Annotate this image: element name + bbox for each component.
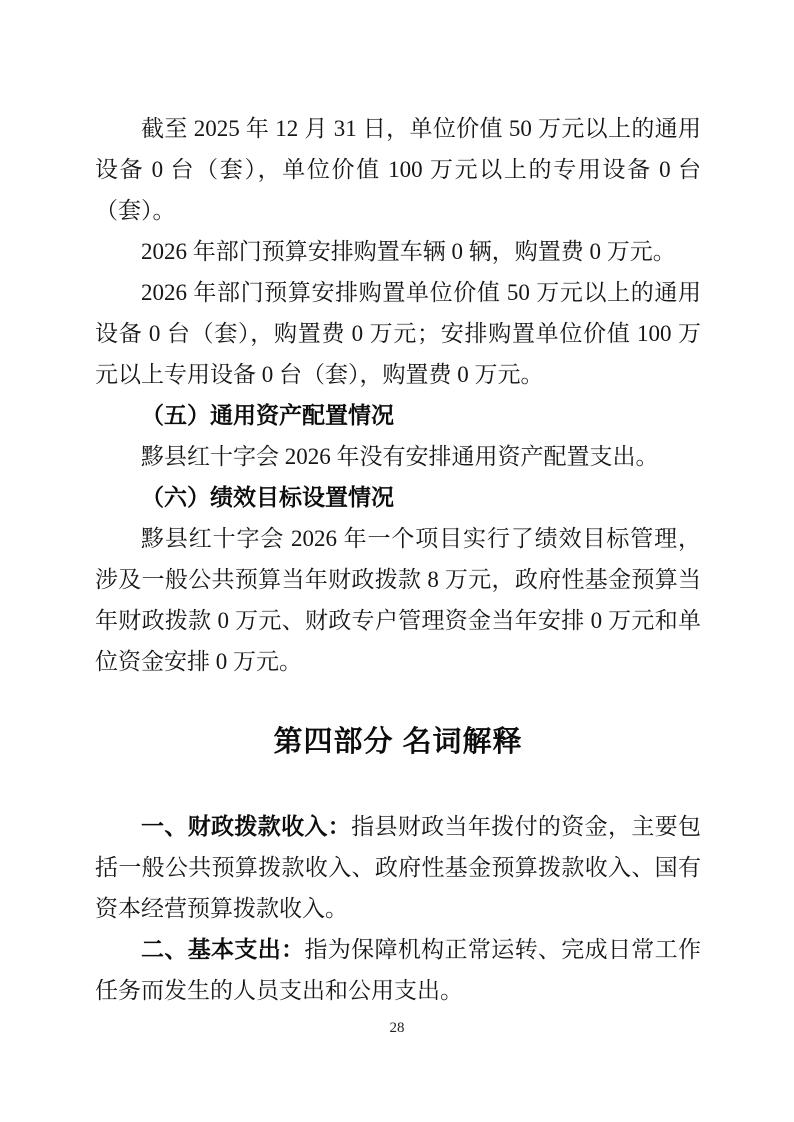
- term-lead-2: 二、基本支出：: [141, 936, 304, 962]
- part4-title: 第四部分 名词解释: [95, 720, 701, 764]
- term-basic-expenditure: 二、基本支出：指为保障机构正常运转、完成日常工作任务而发生的人员支出和公用支出。: [95, 929, 701, 1011]
- text-block: 截至 2025 年 12 月 31 日，单位价值 50 万元以上的通用设备 0 …: [95, 108, 701, 1011]
- section-heading-general-asset: （五）通用资产配置情况: [95, 395, 701, 436]
- paragraph-performance-target: 黟县红十字会 2026 年一个项目实行了绩效目标管理，涉及一般公共预算当年财政拨…: [95, 518, 701, 682]
- paragraph-general-asset: 黟县红十字会 2026 年没有安排通用资产配置支出。: [95, 436, 701, 477]
- page-number: 28: [0, 1020, 794, 1037]
- paragraph-existing-equipment: 截至 2025 年 12 月 31 日，单位价值 50 万元以上的通用设备 0 …: [95, 108, 701, 231]
- term-fiscal-appropriation-income: 一、财政拨款收入：指县财政当年拨付的资金，主要包括一般公共预算拨款收入、政府性基…: [95, 806, 701, 929]
- section-heading-performance-target: （六）绩效目标设置情况: [95, 477, 701, 518]
- paragraph-equipment-purchase: 2026 年部门预算安排购置单位价值 50 万元以上的通用设备 0 台（套），购…: [95, 272, 701, 395]
- paragraph-vehicle-purchase: 2026 年部门预算安排购置车辆 0 辆，购置费 0 万元。: [95, 231, 701, 272]
- document-page: 截至 2025 年 12 月 31 日，单位价值 50 万元以上的通用设备 0 …: [0, 0, 794, 1122]
- term-lead-1: 一、财政拨款收入：: [141, 813, 351, 839]
